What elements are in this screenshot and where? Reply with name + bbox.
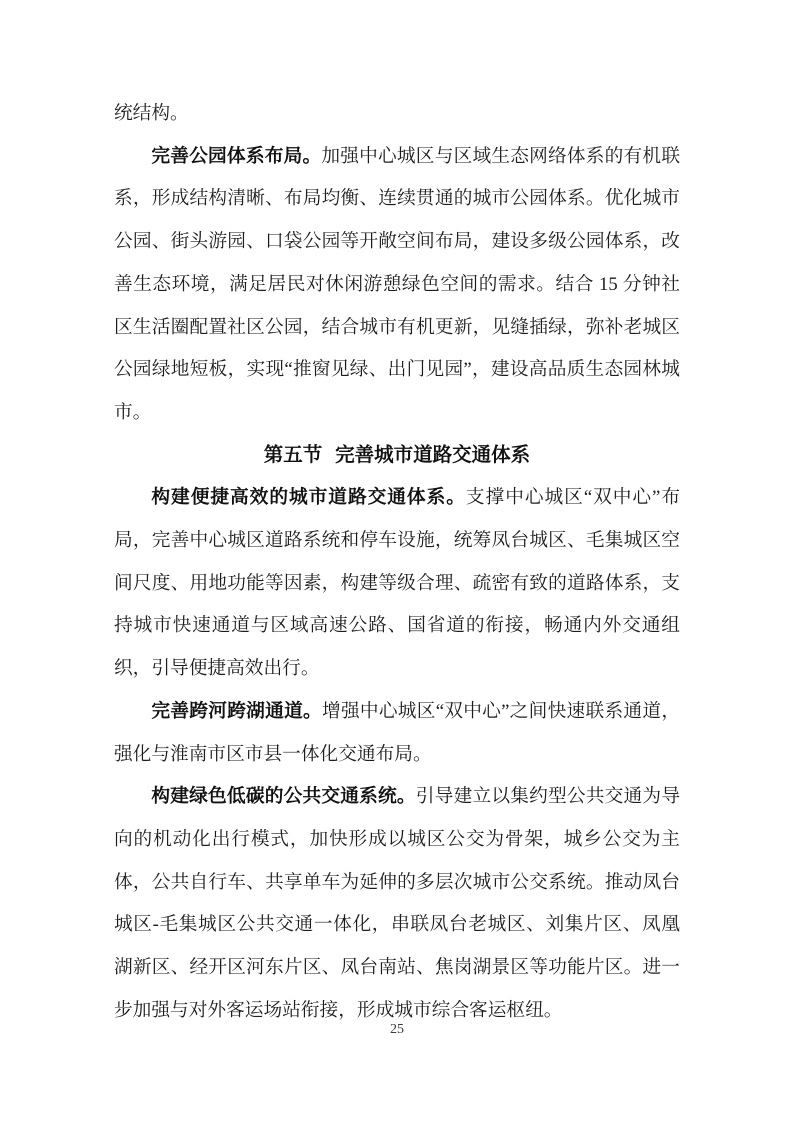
paragraph-bold-lead: 构建便捷高效的城市道路交通体系。 [151,487,466,508]
page-number: 25 [0,1021,794,1039]
paragraph-bold-lead: 构建绿色低碳的公共交通系统。 [151,786,415,807]
paragraph-text: 引导建立以集约型公共交通为导向的机动化出行模式，加快形成以城区公交为骨架，城乡公… [114,786,680,1021]
document-page: 统结构。 完善公园体系布局。加强中心城区与区域生态网络体系的有机联系，形成结构清… [0,0,794,1122]
paragraph-text: 统结构。 [114,103,189,124]
paragraph-text: 支撑中心城区“双中心”布局，完善中心城区道路系统和停车设施，统筹凤台城区、毛集城… [114,487,680,679]
paragraph-text: 加强中心城区与区域生态网络体系的有机联系，形成结构清晰、布局均衡、连续贯通的城市… [114,146,680,423]
paragraph-continuation: 统结构。 [114,93,680,136]
paragraph-bold-lead: 完善公园体系布局。 [151,146,321,167]
paragraph-river-lake-crossings: 完善跨河跨湖通道。增强中心城区“双中心”之间快速联系通道，强化与淮南市区市县一体… [114,691,680,776]
paragraph-public-transit: 构建绿色低碳的公共交通系统。引导建立以集约型公共交通为导向的机动化出行模式，加快… [114,776,680,1032]
section-heading: 第五节 完善城市道路交通体系 [114,435,680,478]
document-body: 统结构。 完善公园体系布局。加强中心城区与区域生态网络体系的有机联系，形成结构清… [114,93,680,1032]
paragraph-park-system: 完善公园体系布局。加强中心城区与区域生态网络体系的有机联系，形成结构清晰、布局均… [114,136,680,435]
paragraph-road-network: 构建便捷高效的城市道路交通体系。支撑中心城区“双中心”布局，完善中心城区道路系统… [114,477,680,691]
paragraph-bold-lead: 完善跨河跨湖通道。 [151,701,322,722]
